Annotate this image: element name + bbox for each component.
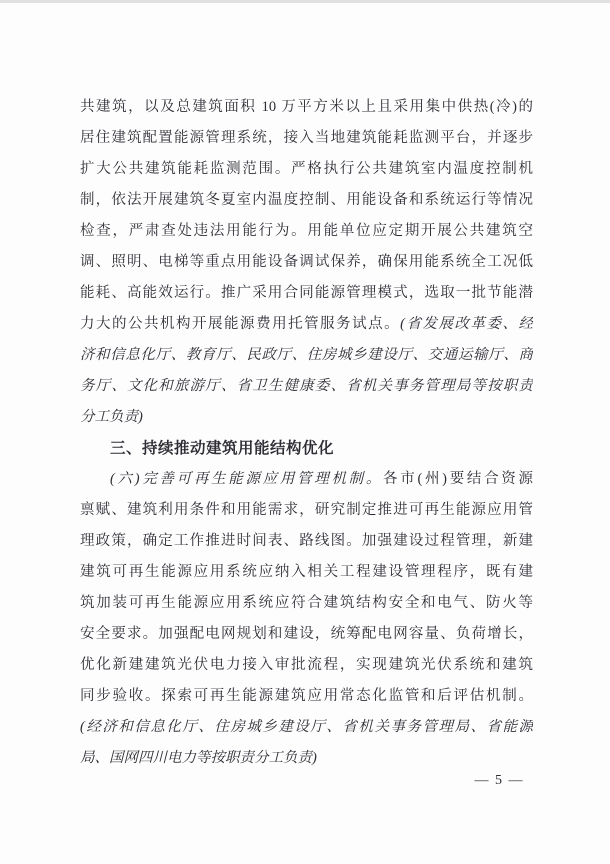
text-line: 扩大公共建筑能耗监测范围。严格执行公共建筑室内温度控制机 xyxy=(80,154,533,185)
body-text: 共建筑，以及总建筑面积 10 万平方米以上且采用集中供热(冷)的居住建筑配置能源… xyxy=(80,92,533,774)
text-segment: 理政策，确定工作推进时间表、路线图。加强建设过程管理，新建 xyxy=(80,533,533,549)
text-segment: (六)完善可再生能源应用管理机制。 xyxy=(110,471,383,487)
text-segment: 调、照明、电梯等重点用能设备调试保养，确保用能系统全工况低 xyxy=(80,254,533,270)
text-segment: 各市(州)要结合资源 xyxy=(383,471,533,487)
text-line: (经济和信息化厅、住房城乡建设厅、省机关事务管理局、省能源 xyxy=(80,712,533,743)
text-line: 检查，严肃查处违法用能行为。用能单位应定期开展公共建筑空 xyxy=(80,216,533,247)
text-line: 居住建筑配置能源管理系统，接入当地建筑能耗监测平台，并逐步 xyxy=(80,123,533,154)
text-line: 筑加装可再生能源应用系统应符合建筑结构安全和电气、防火等 xyxy=(80,588,533,619)
text-line: 能耗、高能效运行。推广采用合同能源管理模式，选取一批节能潜 xyxy=(80,278,533,309)
text-segment: 禀赋、建筑利用条件和用能需求，研究制定推进可再生能源应用管 xyxy=(80,502,533,518)
document-page: 共建筑，以及总建筑面积 10 万平方米以上且采用集中供热(冷)的居住建筑配置能源… xyxy=(0,0,610,864)
scan-top-edge xyxy=(0,0,610,3)
text-line: 安全要求。加强配电网规划和建设，统筹配电网容量、负荷增长， xyxy=(80,619,533,650)
text-segment: 优化新建建筑光伏电力接入审批流程，实现建筑光伏系统和建筑 xyxy=(80,657,533,673)
text-line: 局、国网四川电力等按职责分工负责) xyxy=(80,743,533,774)
text-segment: 安全要求。加强配电网规划和建设，统筹配电网容量、负荷增长， xyxy=(80,626,533,642)
text-segment: 筑加装可再生能源应用系统应符合建筑结构安全和电气、防火等 xyxy=(80,595,533,611)
text-line: 力大的公共机构开展能源费用托管服务试点。(省发展改革委、经 xyxy=(80,309,533,340)
text-segment: 济和信息化厅、教育厅、民政厅、住房城乡建设厅、交通运输厅、商 xyxy=(80,347,533,363)
text-segment: 分工负责) xyxy=(80,409,143,425)
text-segment: 检查，严肃查处违法用能行为。用能单位应定期开展公共建筑空 xyxy=(80,223,533,239)
text-segment: 制，依法开展建筑冬夏室内温度控制、用能设备和系统运行等情况 xyxy=(80,192,533,208)
text-line: 调、照明、电梯等重点用能设备调试保养，确保用能系统全工况低 xyxy=(80,247,533,278)
text-line: 务厅、文化和旅游厅、省卫生健康委、省机关事务管理局等按职责 xyxy=(80,371,533,402)
text-line: 建筑可再生能源应用系统应纳入相关工程建设管理程序，既有建 xyxy=(80,557,533,588)
text-segment: 力大的公共机构开展能源费用托管服务试点。 xyxy=(80,316,400,332)
text-line: 理政策，确定工作推进时间表、路线图。加强建设过程管理，新建 xyxy=(80,526,533,557)
section-heading: 三、持续推动建筑用能结构优化 xyxy=(80,433,533,464)
page-number: — 5 — xyxy=(475,771,525,791)
text-segment: 居住建筑配置能源管理系统，接入当地建筑能耗监测平台，并逐步 xyxy=(80,130,533,146)
text-line: 制，依法开展建筑冬夏室内温度控制、用能设备和系统运行等情况 xyxy=(80,185,533,216)
text-line: 共建筑，以及总建筑面积 10 万平方米以上且采用集中供热(冷)的 xyxy=(80,92,533,123)
text-segment: 局、国网四川电力等按职责分工负责) xyxy=(80,750,317,766)
text-segment: 共建筑，以及总建筑面积 10 万平方米以上且采用集中供热(冷)的 xyxy=(80,99,533,115)
text-line: (六)完善可再生能源应用管理机制。各市(州)要结合资源 xyxy=(80,464,533,495)
text-line: 优化新建建筑光伏电力接入审批流程，实现建筑光伏系统和建筑 xyxy=(80,650,533,681)
text-segment: 能耗、高能效运行。推广采用合同能源管理模式，选取一批节能潜 xyxy=(80,285,533,301)
text-segment: 务厅、文化和旅游厅、省卫生健康委、省机关事务管理局等按职责 xyxy=(80,378,533,394)
text-line: 分工负责) xyxy=(80,402,533,433)
text-segment: 建筑可再生能源应用系统应纳入相关工程建设管理程序，既有建 xyxy=(80,564,533,580)
text-segment: (经济和信息化厅、住房城乡建设厅、省机关事务管理局、省能源 xyxy=(80,719,533,735)
text-line: 同步验收。探索可再生能源建筑应用常态化监管和后评估机制。 xyxy=(80,681,533,712)
text-segment: 扩大公共建筑能耗监测范围。严格执行公共建筑室内温度控制机 xyxy=(80,161,533,177)
text-segment: (省发展改革委、经 xyxy=(400,316,533,332)
text-line: 济和信息化厅、教育厅、民政厅、住房城乡建设厅、交通运输厅、商 xyxy=(80,340,533,371)
text-line: 禀赋、建筑利用条件和用能需求，研究制定推进可再生能源应用管 xyxy=(80,495,533,526)
text-segment: 同步验收。探索可再生能源建筑应用常态化监管和后评估机制。 xyxy=(80,688,533,704)
